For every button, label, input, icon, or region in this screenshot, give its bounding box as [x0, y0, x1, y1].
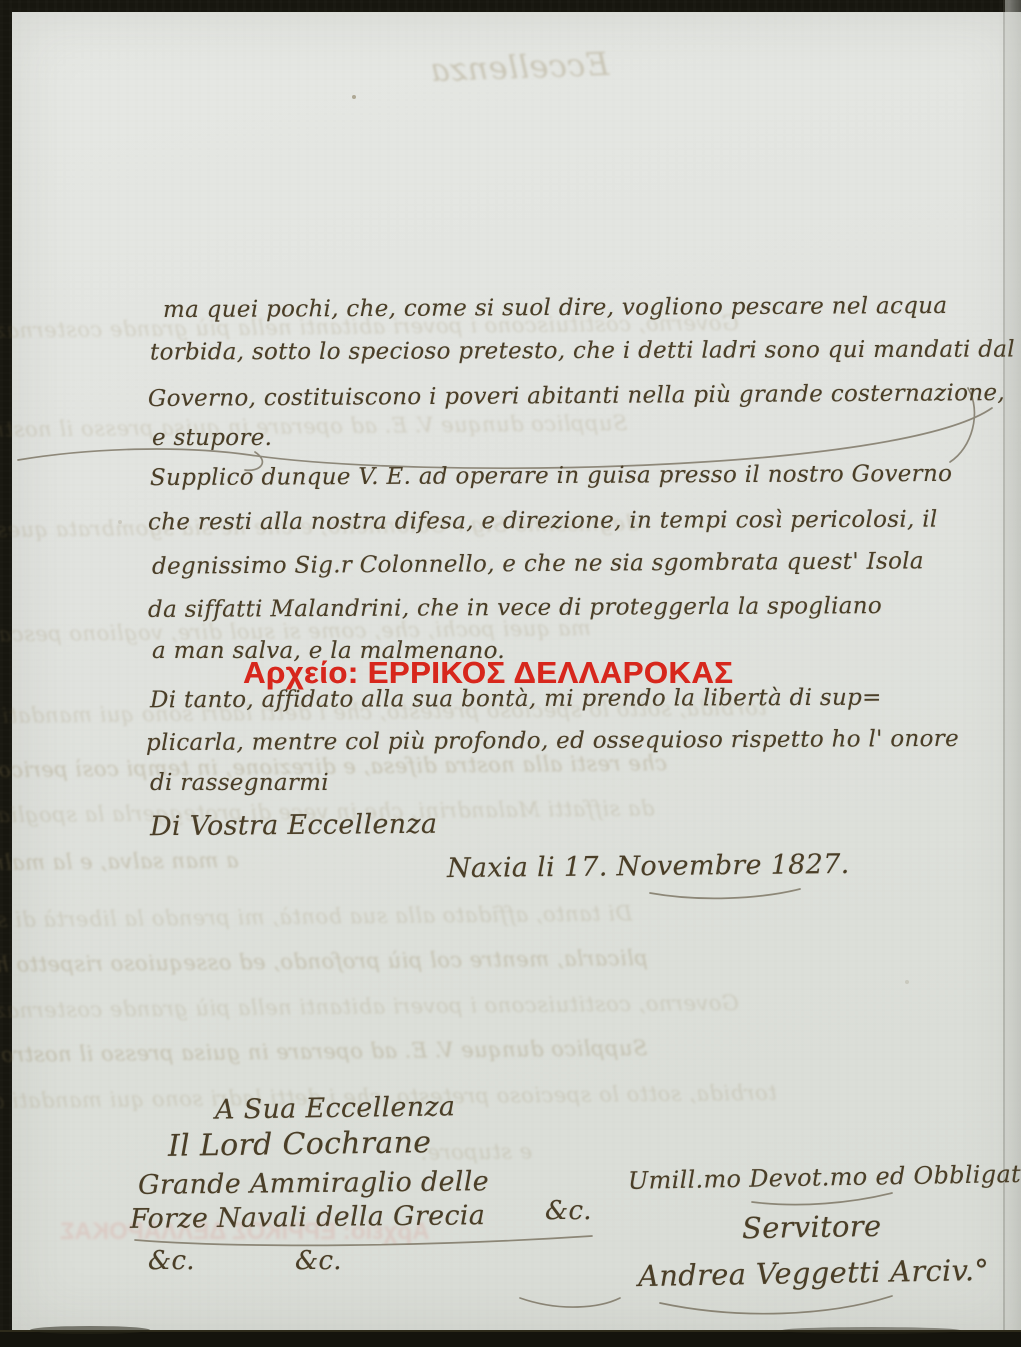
scan-bottom-edge	[0, 1330, 1021, 1347]
letter-line: Supplico dunque V. E. ad operare in guis…	[150, 461, 952, 491]
letter-line: degnissimo Sig.r Colonnello, e che ne si…	[152, 548, 924, 579]
paper-speck	[905, 980, 909, 984]
paper-speck	[352, 95, 356, 99]
address-line-recipient-name: Il Lord Cochrane	[168, 1125, 432, 1164]
signature-line-servitore: Servitore	[742, 1209, 882, 1245]
etc-mark: &c.	[545, 1196, 592, 1226]
etc-mark: &c.	[148, 1246, 195, 1276]
letter-line: ma quei pochi, che, come si suol dire, v…	[163, 293, 948, 323]
bleed-through-text: Eccellenza	[429, 45, 609, 89]
address-line-recipient-title: Grande Ammiraglio delle	[138, 1166, 489, 1201]
letter-line: da siffatti Malandrini, che in vece di p…	[148, 593, 882, 623]
bleed-through-text: a man salva, e la malmenano.	[0, 848, 239, 875]
letter-line: torbida, sotto lo specioso pretesto, che…	[150, 336, 1015, 365]
letter-line: di rassegnarmi	[150, 770, 329, 796]
signature-line-name: Andrea Veggetti Arciv.°	[638, 1253, 990, 1293]
letter-line: e stupore.	[152, 425, 272, 451]
dateline: Naxia li 17. Novembre 1827.	[447, 849, 850, 884]
etc-mark: &c.	[295, 1246, 342, 1276]
bleed-through-text: e stupore.	[420, 1139, 532, 1164]
page-fold-edge	[1003, 0, 1021, 1347]
archive-watermark: Αρχείο: ΕΡΡΙΚΟΣ ΔΕΛΛΑΡΟΚΑΣ	[243, 655, 733, 691]
letter-line: plicarla, mentre col più profondo, ed os…	[146, 726, 959, 756]
valediction: Di Vostra Eccellenza	[150, 809, 438, 843]
letter-line: che resti alla nostra difesa, e direzion…	[148, 507, 938, 536]
address-line-recipient-forces: Forze Navali della Grecia	[130, 1200, 485, 1235]
address-line-recipient-honorific: A Sua Eccellenza	[215, 1091, 456, 1125]
scanned-letter-page: Eccellenza Governo, costituiscono i pove…	[0, 0, 1021, 1347]
